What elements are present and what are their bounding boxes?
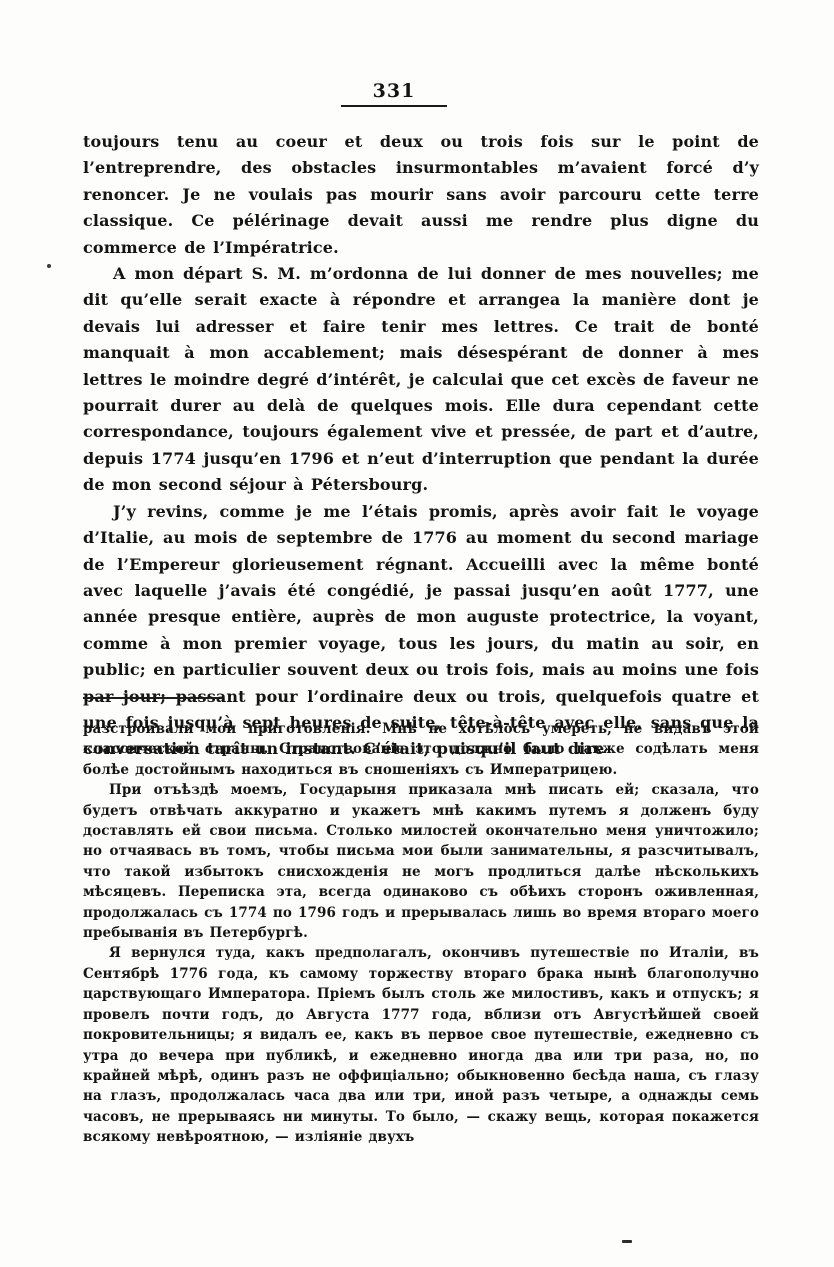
footnote-text-russian: разстроивали мои приготовленія. Мнѣ не х… bbox=[83, 719, 759, 1148]
russian-footnote-paragraph-2: При отъѣздѣ моемъ, Государыня приказала … bbox=[83, 780, 759, 943]
page-header: 331 bbox=[341, 80, 447, 107]
russian-footnote-paragraph-3: Я вернулся туда, какъ предполагалъ, окон… bbox=[83, 943, 759, 1147]
footnote-separator-rule bbox=[83, 697, 223, 699]
book-page: 331 toujours tenu au coeur et deux ou tr… bbox=[0, 0, 834, 1267]
russian-footnote-paragraph-1: разстроивали мои приготовленія. Мнѣ не х… bbox=[83, 719, 759, 780]
page-number: 331 bbox=[341, 80, 447, 102]
print-artifact-dot bbox=[47, 264, 51, 268]
print-artifact-dash bbox=[622, 1240, 632, 1243]
main-text-french: toujours tenu au coeur et deux ou trois … bbox=[83, 129, 759, 763]
french-paragraph-2: A mon départ S. M. m’ordonna de lui donn… bbox=[83, 261, 759, 499]
french-paragraph-1: toujours tenu au coeur et deux ou trois … bbox=[83, 129, 759, 261]
